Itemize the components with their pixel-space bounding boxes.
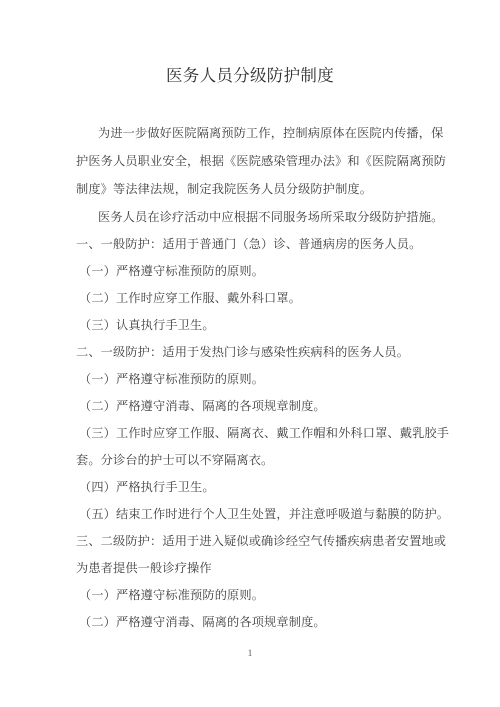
section-heading-continuation: 为患者提供一般诊疗操作: [76, 559, 212, 576]
paragraph-line: 护医务人员职业安全，根据《医院感染管理办法》和《医院隔离预防: [76, 152, 446, 169]
paragraph-line: 为进一步做好医院隔离预防工作，控制病原体在医院内传播，保: [98, 124, 443, 141]
list-item: （四）严格执行手卫生。: [79, 478, 215, 495]
section-heading-level1: 二、一级防护：适用于发热门诊与感染性疾病科的医务人员。: [76, 343, 409, 360]
document-title: 医务人员分级防护制度: [0, 62, 500, 86]
list-item: （一）严格遵守标准预防的原则。: [79, 370, 264, 387]
list-item: （二）工作时应穿工作服、戴外科口罩。: [79, 289, 301, 306]
list-item: （二）严格遵守消毒、隔离的各项规章制度。: [79, 397, 326, 414]
list-item: （三）认真执行手卫生。: [79, 316, 215, 333]
section-heading-general: 一、一般防护：适用于普通门（急）诊、普通病房的医务人员。: [76, 235, 421, 252]
list-item: （三）工作时应穿工作服、隔离衣、戴工作帽和外科口罩、戴乳胶手: [79, 424, 449, 441]
document-page: 医务人员分级防护制度 为进一步做好医院隔离预防工作，控制病原体在医院内传播，保 …: [0, 0, 500, 707]
paragraph-line: 医务人员在诊疗活动中应根据不同服务场所采取分级防护措施。: [98, 208, 443, 225]
list-item: （二）严格遵守消毒、隔离的各项规章制度。: [79, 613, 326, 630]
section-heading-level2: 三、二级防护：适用于进入疑似或确诊经空气传播疾病患者安置地或: [76, 532, 446, 549]
paragraph-line: 制度》等法律法规，制定我院医务人员分级防护制度。: [76, 180, 372, 197]
list-item-continuation: 套。分诊台的护士可以不穿隔离衣。: [76, 451, 273, 468]
list-item: （一）严格遵守标准预防的原则。: [79, 262, 264, 279]
list-item: （一）严格遵守标准预防的原则。: [79, 586, 264, 603]
page-number: 1: [0, 648, 500, 658]
list-item: （五）结束工作时进行个人卫生处置，并注意呼吸道与黏膜的防护。: [79, 505, 449, 522]
